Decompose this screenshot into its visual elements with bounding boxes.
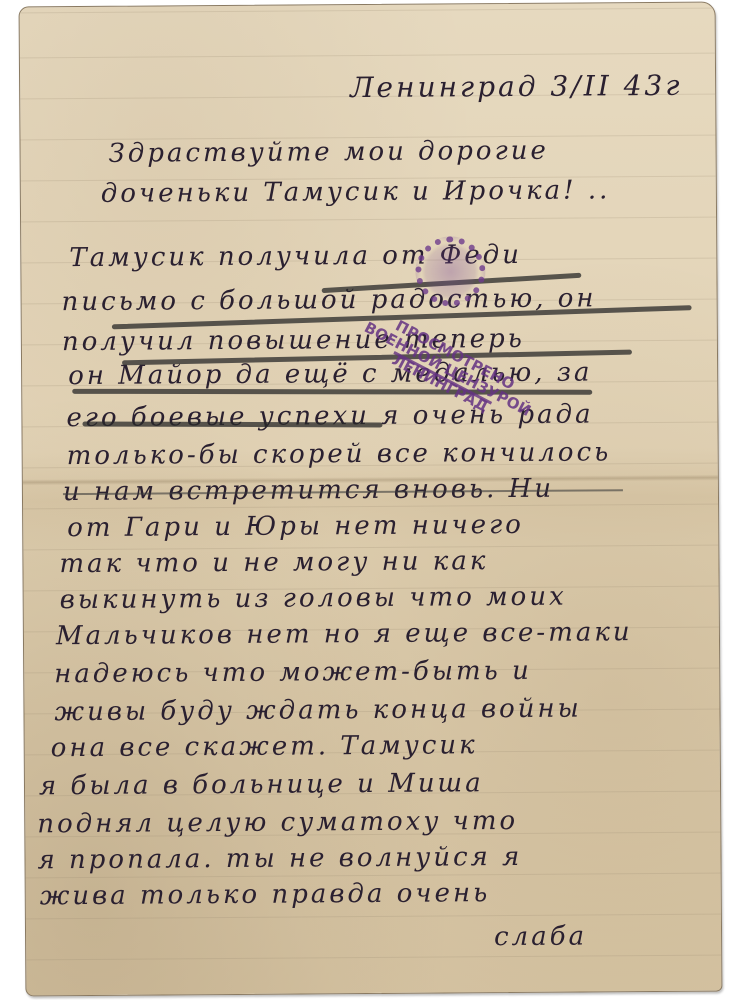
body-line-11: Мальчиков нет но я еще все-таки — [56, 617, 633, 651]
redaction-stroke — [82, 421, 382, 427]
body-line-8: от Гари и Юры нет ничего — [67, 510, 524, 543]
letter-page: Ленинград 3/II 43г Здраствуйте мои дорог… — [19, 2, 723, 997]
greeting-line-1: Здраствуйте мои дорогие — [108, 136, 548, 169]
body-line-12: надеюсь что может-быть и — [54, 656, 532, 689]
censor-round-seal — [415, 236, 485, 306]
greeting-line-2: доченьки Тамусик и Ирочка! .. — [101, 175, 611, 209]
body-line-18: жива только правда очень — [40, 878, 491, 911]
body-line-6: только-бы скорей все кончилось — [67, 437, 612, 471]
body-line-14: она все скажет. Тамусик — [51, 730, 478, 763]
body-line-15: я была в больнице и Миша — [39, 768, 484, 801]
body-line-10: выкинуть из головы что моих — [60, 582, 567, 616]
body-line-9: так что и не могу ни как — [59, 546, 488, 579]
body-line-17: я пропала. ты не волнуйся я — [37, 842, 522, 875]
letter-date-header: Ленинград 3/II 43г — [350, 69, 683, 104]
body-line-13: живы буду ждать конца войны — [54, 694, 582, 728]
closing-word: слаба — [494, 921, 587, 952]
body-line-16: поднял целую суматоху что — [37, 806, 518, 839]
